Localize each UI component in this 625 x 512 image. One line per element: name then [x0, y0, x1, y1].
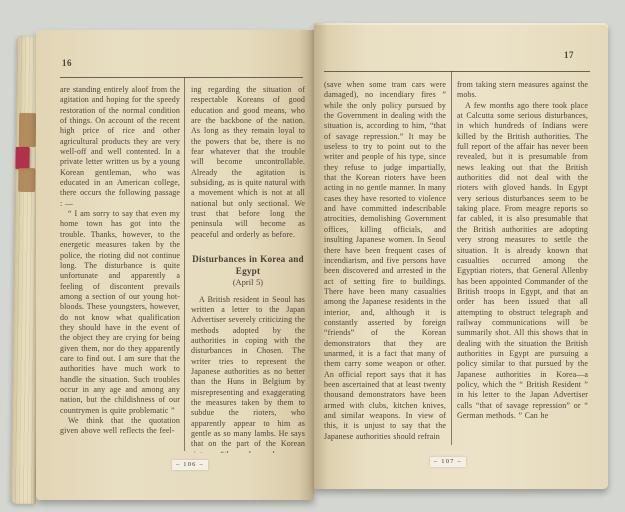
paragraph: We think that the quotation given above … [60, 416, 180, 437]
section-heading: Disturbances in Korea and Egypt [191, 253, 305, 277]
right-page-column-1: (save when some tram cars were damaged),… [324, 80, 446, 452]
paragraph: A British resident in Seoul has written … [191, 295, 305, 454]
tape-mark [19, 113, 36, 147]
paragraph: (save when some tram cars were damaged),… [324, 80, 446, 442]
paragraph: are standing entirely aloof from the agi… [60, 85, 180, 209]
page-number-left: 16 [62, 58, 72, 68]
header-rule-left [60, 77, 303, 78]
paragraph: A few months ago there took place at Cal… [457, 101, 588, 422]
left-page-column-2: ing regarding the situation of respectab… [191, 85, 305, 453]
section-date: (April 5) [191, 278, 305, 288]
footer-page-number-left: – 106 – [172, 460, 208, 470]
right-page-column-2: from taking stern measures against the m… [457, 80, 588, 452]
footer-page-number-right: – 107 – [430, 457, 466, 467]
tape-mark [18, 168, 35, 192]
header-rule-right [324, 71, 590, 72]
left-page: 16 are standing entirely aloof from the … [36, 30, 314, 500]
right-page: 17 (save when some tram cars were damage… [314, 23, 608, 489]
paragraph: “ I am sorry to say that even my home to… [60, 209, 180, 416]
column-divider-right [451, 71, 452, 445]
gutter-shadow [314, 23, 328, 489]
gutter-shadow [298, 30, 314, 500]
bookmark-tab [15, 147, 29, 169]
left-page-column-1: are standing entirely aloof from the agi… [60, 85, 180, 451]
column-divider-left [184, 77, 185, 451]
paragraph: from taking stern measures against the m… [457, 80, 588, 101]
book-spread: 16 are standing entirely aloof from the … [0, 0, 625, 512]
paragraph: ing regarding the situation of respectab… [191, 85, 305, 240]
page-number-right: 17 [564, 50, 574, 60]
